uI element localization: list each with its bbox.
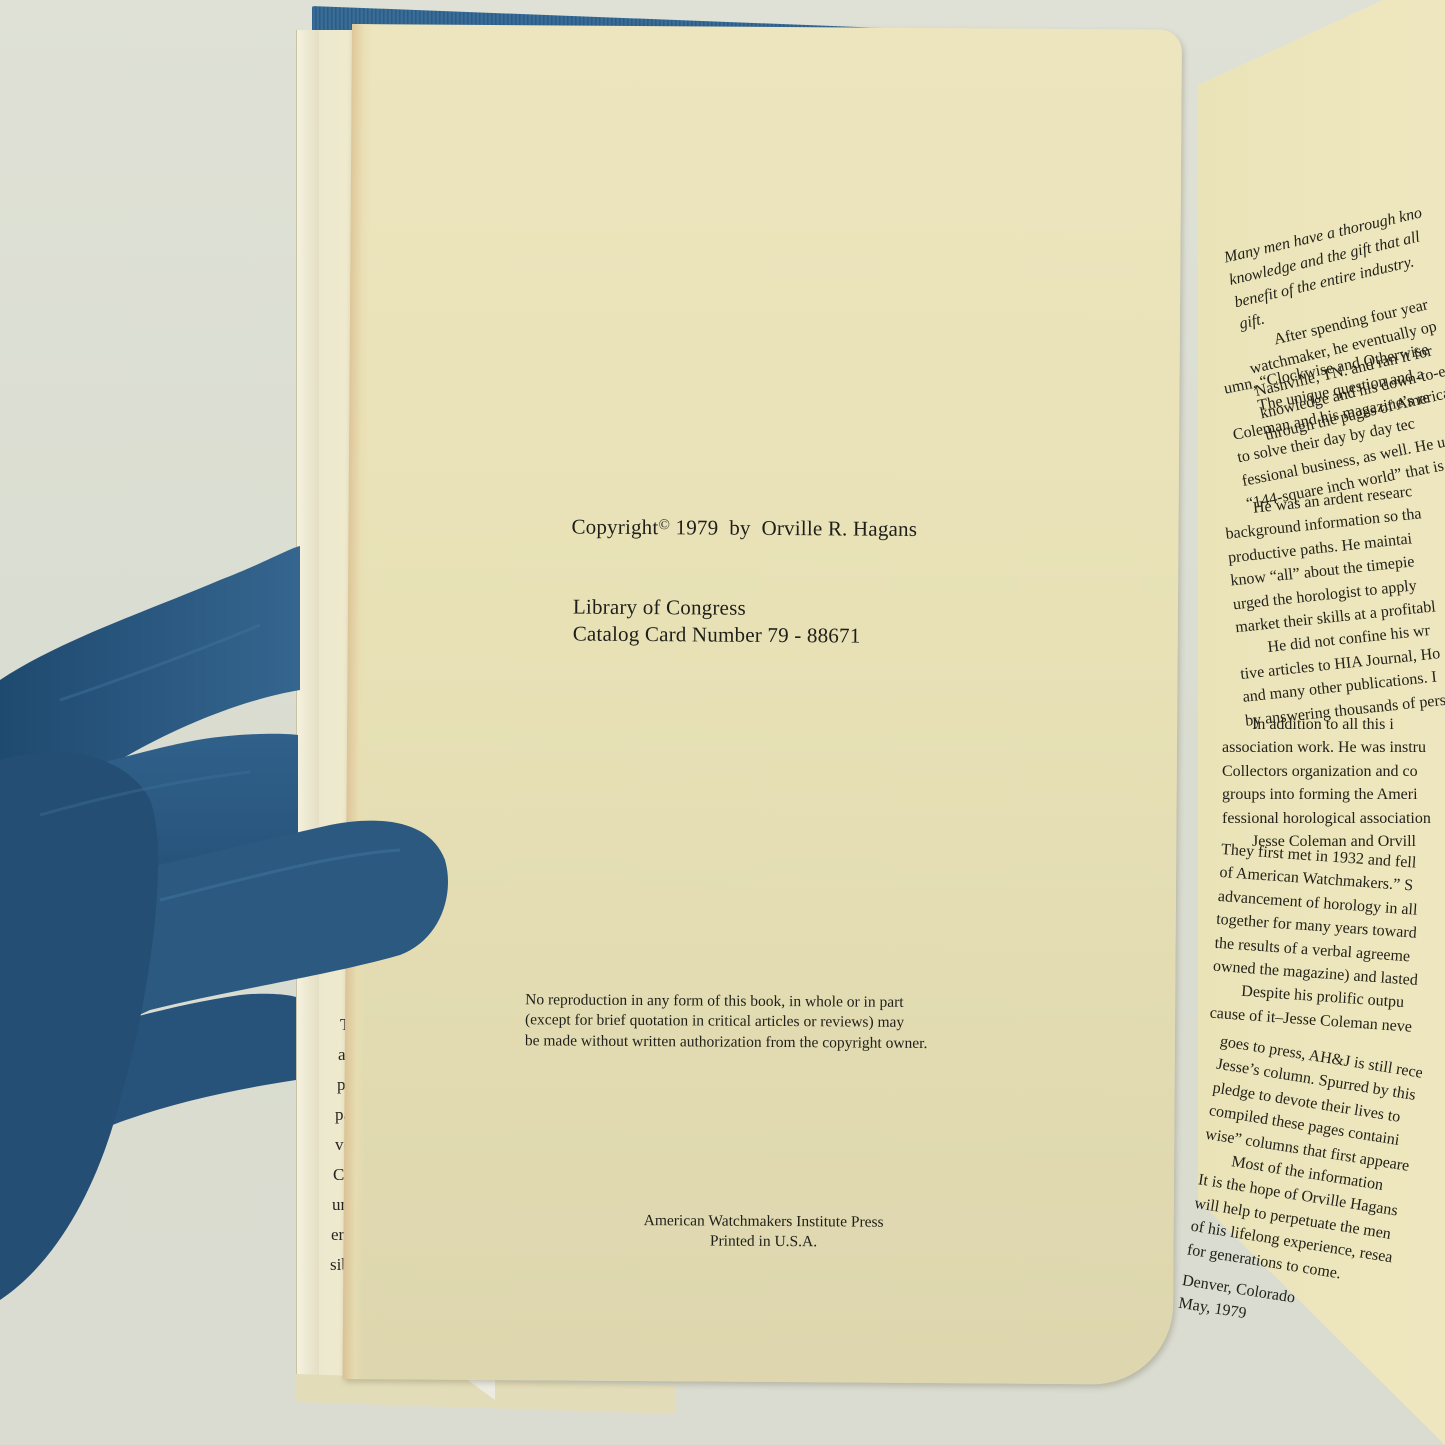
copyright-holder: 1979 by Orville R. Hagans — [675, 515, 917, 541]
copyright-symbol-icon: © — [658, 517, 670, 533]
publisher-name: American Watchmakers Institute Press — [584, 1211, 944, 1234]
publisher-imprint: American Watchmakers Institute Press Pri… — [583, 1211, 943, 1254]
text-line: association work. He was instru — [1222, 736, 1445, 759]
catalog-card-number: Catalog Card Number 79 - 88671 — [573, 620, 861, 649]
copyright-page: Copyright© 1979 by Orville R. Hagans Lib… — [343, 24, 1182, 1385]
library-of-congress: Library of Congress — [573, 594, 861, 623]
index-finger — [0, 546, 300, 800]
ring-finger — [0, 994, 296, 1170]
reproduction-notice: No reproduction in any form of this book… — [525, 990, 928, 1054]
text-line: In addition to all this i — [1222, 713, 1445, 736]
text-line: Collectors organization and co — [1222, 760, 1445, 783]
printed-in: Printed in U.S.A. — [583, 1231, 943, 1254]
copyright-notice: Copyright© 1979 by Orville R. Hagans — [571, 514, 917, 543]
text-line: fessional horological association — [1222, 807, 1445, 830]
copyright-line: Copyright© 1979 by Orville R. Hagans — [571, 514, 917, 543]
photo-scene: . a v t J s C C fe H as te Ho Thi aid pr… — [0, 0, 1445, 1445]
notice-line: (except for brief quotation in critical … — [525, 1011, 928, 1034]
facing-page-body-end: goes to press, AH&J is still rece Jesse’… — [1177, 1030, 1445, 1372]
text-line: groups into forming the Ameri — [1222, 783, 1445, 806]
copyright-label: Copyright — [571, 515, 658, 540]
middle-finger — [0, 734, 298, 930]
notice-line: be made without written authorization fr… — [525, 1031, 928, 1054]
notice-line: No reproduction in any form of this book… — [525, 990, 928, 1013]
palm — [0, 752, 158, 1300]
facing-page-body-bottom: They first met in 1932 and fell of Ameri… — [1209, 838, 1445, 1050]
facing-page-body-mid: He was an ardent researc background info… — [1222, 462, 1445, 732]
jacket-edge — [297, 30, 319, 1400]
facing-page-body-lower: In addition to all this i association wo… — [1222, 713, 1445, 853]
catalog-info: Library of Congress Catalog Card Number … — [573, 594, 861, 650]
